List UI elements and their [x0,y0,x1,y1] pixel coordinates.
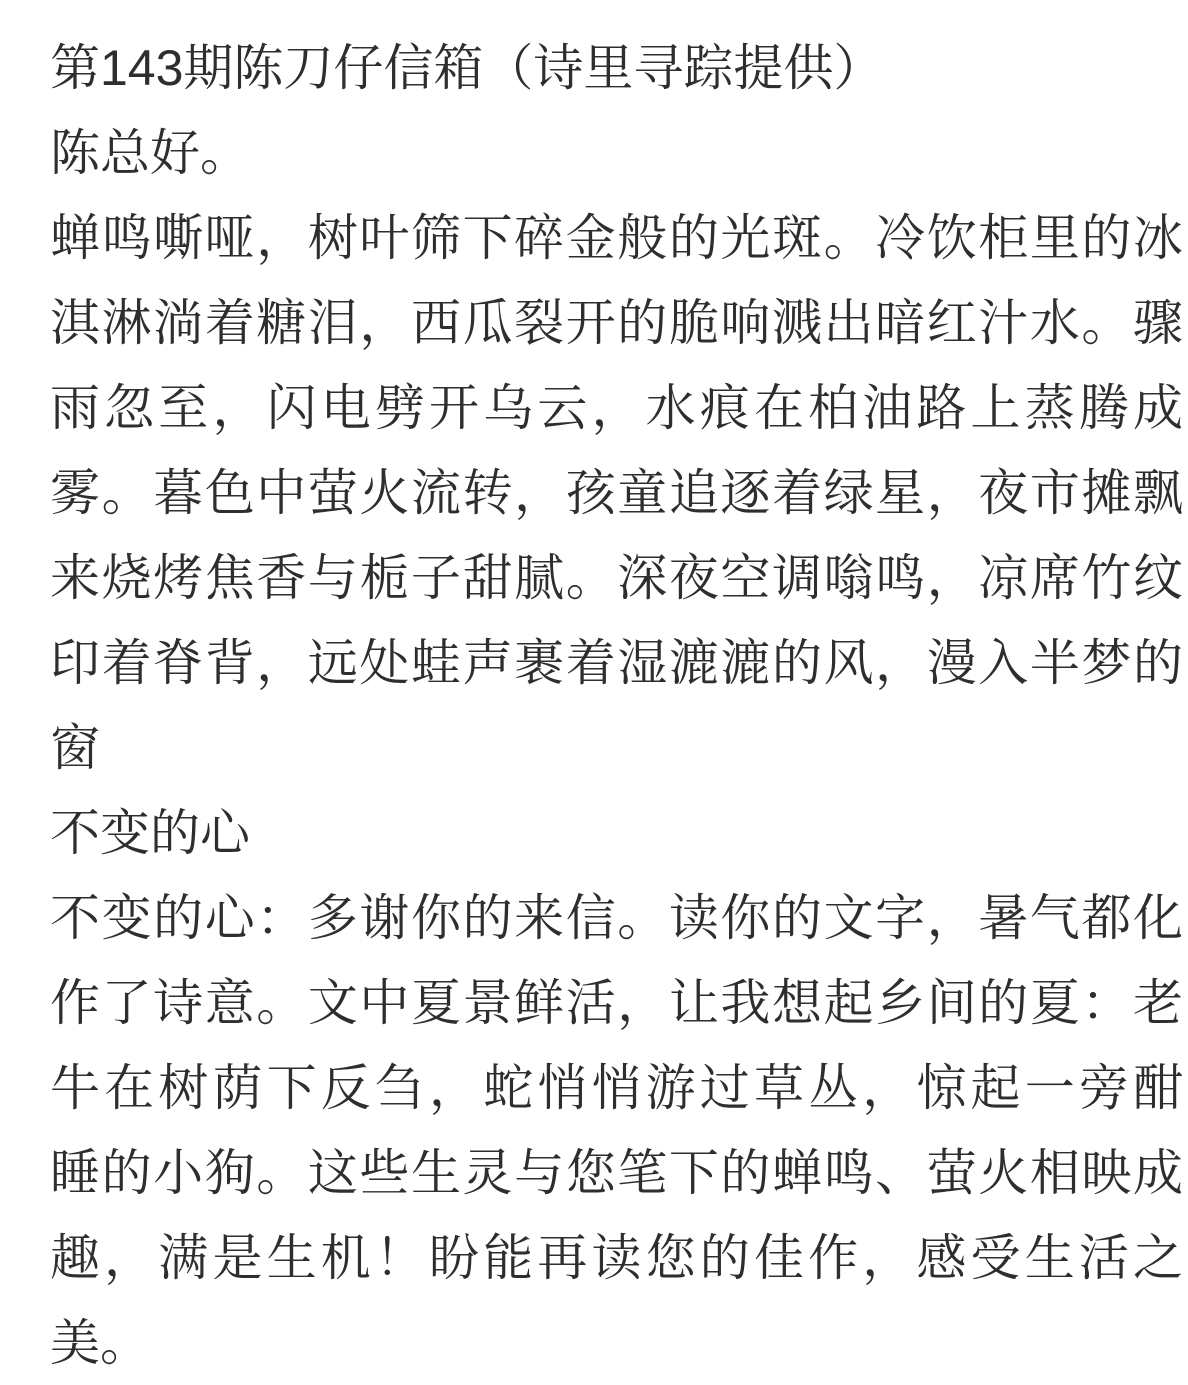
greeting-line: 陈总好。 [50,111,1183,196]
article-title: 第143期陈刀仔信箱（诗里寻踪提供） [50,26,1183,111]
letter-body-line-4: 雾。暮色中萤火流转，孩童追逐着绿星，夜市摊飘 [50,451,1183,536]
letter-body-line-1: 蝉鸣嘶哑，树叶筛下碎金般的光斑。冷饮柜里的冰 [50,196,1183,281]
letter-body-line-3: 雨忽至，闪电劈开乌云，水痕在柏油路上蒸腾成 [50,366,1183,451]
letter-body-line-7: 窗 [50,706,1183,791]
sender-signature-line: 不变的心 [50,791,1183,876]
reply-line-5: 趣，满是生机！盼能再读您的佳作，感受生活之 [50,1216,1183,1301]
reply-line-6: 美。 [50,1301,1183,1385]
letter-body-line-6: 印着脊背，远处蛙声裹着湿漉漉的风，漫入半梦的 [50,621,1183,706]
letter-body-line-2: 淇淋淌着糖泪，西瓜裂开的脆响溅出暗红汁水。骤 [50,281,1183,366]
letter-body-line-5: 来烧烤焦香与栀子甜腻。深夜空调嗡鸣，凉席竹纹 [50,536,1183,621]
reply-line-2: 作了诗意。文中夏景鲜活，让我想起乡间的夏：老 [50,961,1183,1046]
reply-line-4: 睡的小狗。这些生灵与您笔下的蝉鸣、萤火相映成 [50,1131,1183,1216]
reply-line-1: 不变的心：多谢你的来信。读你的文字，暑气都化 [50,876,1183,961]
article-page: 第143期陈刀仔信箱（诗里寻踪提供） 陈总好。 蝉鸣嘶哑，树叶筛下碎金般的光斑。… [0,0,1188,1385]
reply-line-3: 牛在树荫下反刍，蛇悄悄游过草丛，惊起一旁酣 [50,1046,1183,1131]
